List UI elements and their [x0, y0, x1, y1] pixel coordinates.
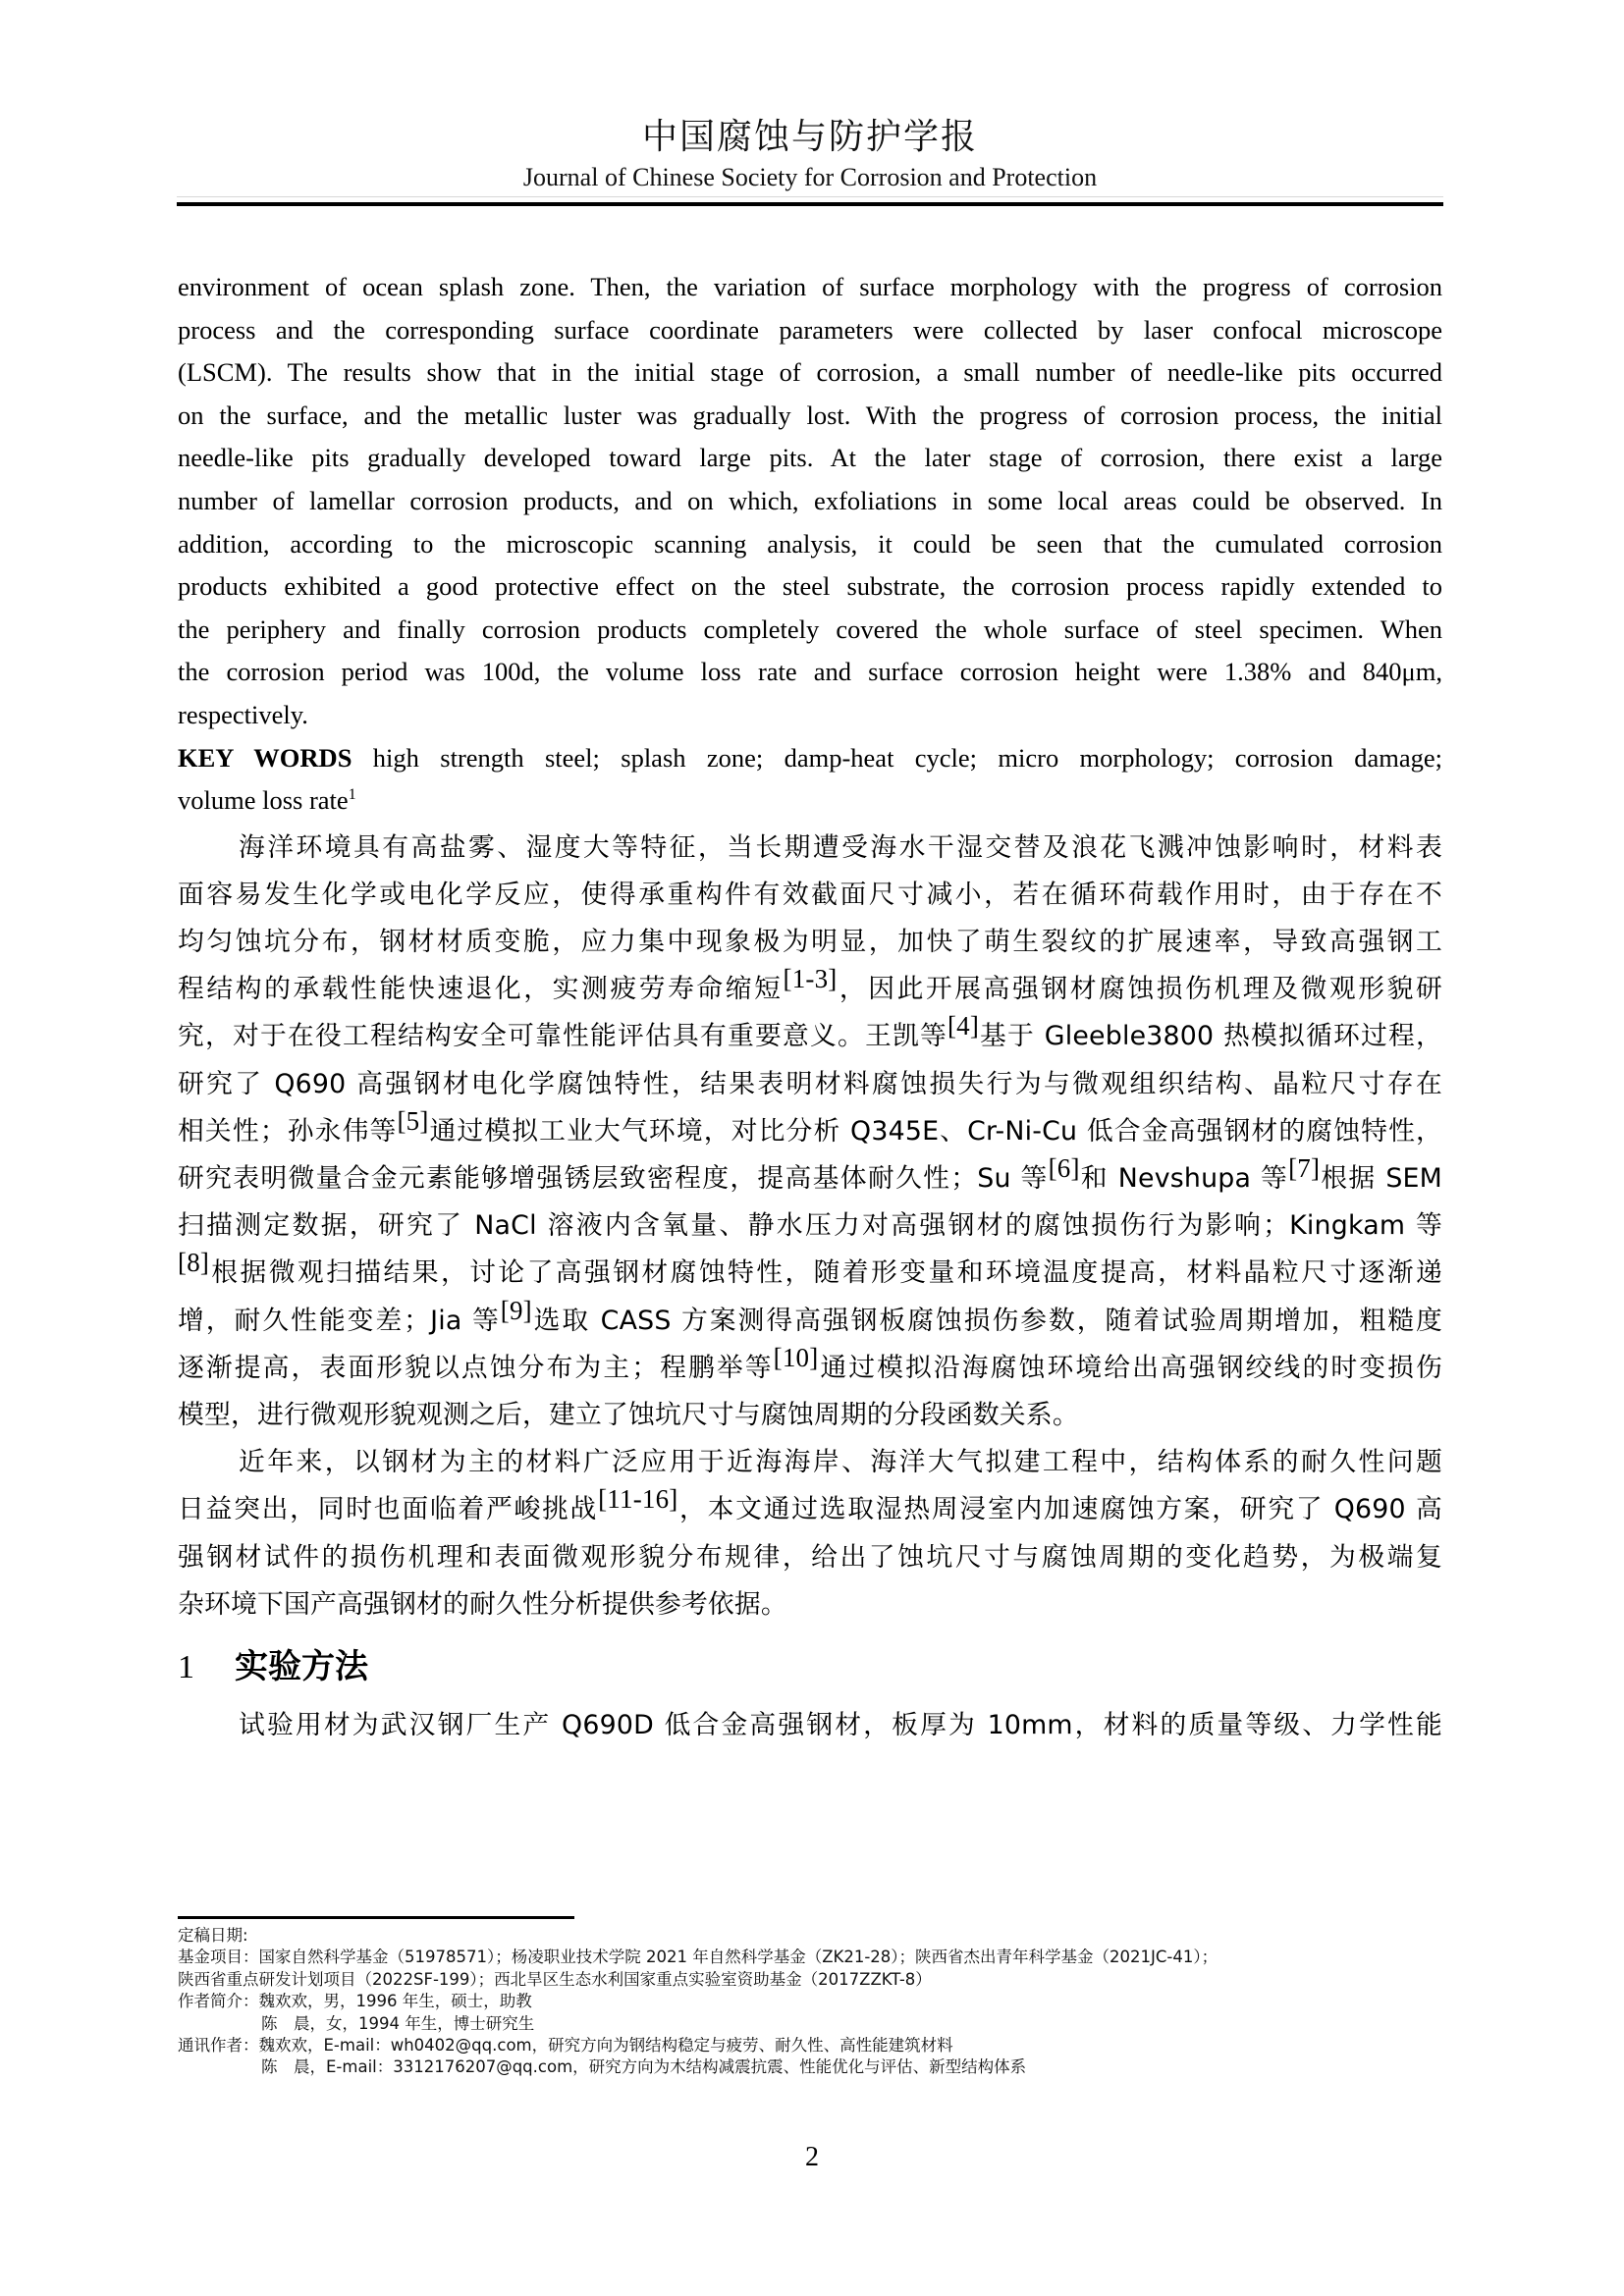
citation[interactable]: [7]: [1288, 1153, 1320, 1183]
section-title: 实验方法: [235, 1647, 368, 1686]
citation[interactable]: [11-16]: [598, 1484, 677, 1514]
text-line: 研究了 Q690 高强钢材电化学腐蚀特性，结果表明材料腐蚀损失行为与微观组织结构…: [178, 1061, 1442, 1108]
text-line: 增，耐久性能变差；Jia 等[9]选取 CASS 方案测得高强钢板腐蚀损伤参数，…: [178, 1298, 1442, 1345]
page-number: 2: [0, 2142, 1624, 2173]
keywords-line: volume loss rate1: [178, 779, 1442, 823]
citation[interactable]: [5]: [397, 1106, 428, 1136]
citation[interactable]: [4]: [947, 1012, 979, 1041]
citation[interactable]: [10]: [774, 1343, 819, 1372]
footnote-marker[interactable]: 1: [349, 786, 356, 803]
text-line: 研究表明微量合金元素能够增强锈层致密程度，提高基体耐久性；Su 等[6]和 Ne…: [178, 1155, 1442, 1202]
journal-header: 中国腐蚀与防护学报 Journal of Chinese Society for…: [177, 116, 1443, 194]
corresponding-author: 通讯作者：魏欢欢，E-mail：wh0402@qq.com，研究方向为钢结构稳定…: [178, 2035, 1454, 2056]
abstract-line: the periphery and finally corrosion prod…: [178, 609, 1442, 652]
journal-title-en: Journal of Chinese Society for Corrosion…: [177, 161, 1443, 194]
citation[interactable]: [1-3]: [784, 964, 838, 993]
author-intro: 陈 晨，女，1994 年生，博士研究生: [178, 2013, 1454, 2035]
keywords-label: KEY WORDS: [178, 743, 352, 773]
text-line: 均匀蚀坑分布，钢材材质变脆，应力集中现象极为明显，加快了萌生裂纹的扩展速率，导致…: [178, 919, 1442, 966]
text-line: 究，对于在役工程结构安全可靠性能评估具有重要意义。王凯等[4]基于 Gleebl…: [178, 1013, 1442, 1060]
keywords-line: KEY WORDS high strength steel; splash zo…: [178, 737, 1442, 780]
abstract-line: needle-like pits gradually developed tow…: [178, 437, 1442, 480]
journal-title-cn: 中国腐蚀与防护学报: [177, 116, 1443, 159]
text-line: 强钢材试件的损伤机理和表面微观形貌分布规律，给出了蚀坑尺寸与腐蚀周期的变化趋势，…: [178, 1534, 1442, 1581]
abstract-line: environment of ocean splash zone. Then, …: [178, 266, 1442, 309]
text-line: 杂环境下国产高强钢材的耐久性分析提供参考依据。: [178, 1581, 1442, 1629]
abstract-line: number of lamellar corrosion products, a…: [178, 480, 1442, 523]
abstract-en: environment of ocean splash zone. Then, …: [178, 266, 1442, 823]
text-line: 面容易发生化学或电化学反应，使得承重构件有效截面尺寸减小，若在循环荷载作用时，由…: [178, 872, 1442, 919]
abstract-line: products exhibited a good protective eff…: [178, 565, 1442, 609]
paper-page: 中国腐蚀与防护学报 Journal of Chinese Society for…: [0, 0, 1624, 2296]
text-line: 相关性；孙永伟等[5]通过模拟工业大气环境，对比分析 Q345E、Cr-Ni-C…: [178, 1108, 1442, 1155]
intro-paragraph-1: 海洋环境具有高盐雾、湿度大等特征，当长期遭受海水干湿交替及浪花飞溅冲蚀影响时，材…: [178, 825, 1442, 1439]
corresponding-author: 陈 晨，E-mail：3312176207@qq.com，研究方向为木结构减震抗…: [178, 2056, 1454, 2078]
funding-line: 基金项目：国家自然科学基金（51978571）；杨凌职业技术学院 2021 年自…: [178, 1947, 1454, 1968]
citation[interactable]: [6]: [1049, 1153, 1080, 1183]
text-line: 模型，进行微观形貌观测之后，建立了蚀坑尺寸与腐蚀周期的分段函数关系。: [178, 1392, 1442, 1439]
received-date: 定稿日期:: [178, 1925, 1454, 1947]
text-line: 扫描测定数据，研究了 NaCl 溶液内含氧量、静水压力对高强钢材的腐蚀损伤行为影…: [178, 1202, 1442, 1250]
abstract-line: respectively.: [178, 694, 1442, 737]
text-line: [8]根据微观扫描结果，讨论了高强钢材腐蚀特性，随着形变量和环境温度提高，材料晶…: [178, 1250, 1442, 1297]
text-line: 逐渐提高，表面形貌以点蚀分布为主；程鹏举等[10]通过模拟沿海腐蚀环境给出高强钢…: [178, 1345, 1442, 1392]
text-line: 近年来，以钢材为主的材料广泛应用于近海海岸、海洋大气拟建工程中，结构体系的耐久性…: [178, 1439, 1442, 1486]
abstract-line: process and the corresponding surface co…: [178, 309, 1442, 352]
author-intro: 作者简介：魏欢欢，男，1996 年生，硕士，助教: [178, 1991, 1454, 2012]
abstract-line: on the surface, and the metallic luster …: [178, 395, 1442, 438]
text-line: 日益突出，同时也面临着严峻挑战[11-16]，本文通过选取湿热周浸室内加速腐蚀方…: [178, 1486, 1442, 1533]
footnote-rule: [178, 1916, 574, 1919]
intro-paragraph-2: 近年来，以钢材为主的材料广泛应用于近海海岸、海洋大气拟建工程中，结构体系的耐久性…: [178, 1439, 1442, 1629]
abstract-line: addition, according to the microscopic s…: [178, 523, 1442, 566]
citation[interactable]: [8]: [178, 1248, 209, 1277]
header-thin-rule: [177, 196, 1443, 197]
header-rule: [177, 202, 1443, 206]
keywords-text: volume loss rate: [178, 785, 349, 815]
body-text: environment of ocean splash zone. Then, …: [178, 266, 1442, 1749]
text-line: 海洋环境具有高盐雾、湿度大等特征，当长期遭受海水干湿交替及浪花飞溅冲蚀影响时，材…: [178, 825, 1442, 872]
section-heading: 1实验方法: [178, 1642, 1442, 1692]
footnotes: 定稿日期: 基金项目：国家自然科学基金（51978571）；杨凌职业技术学院 2…: [178, 1925, 1454, 2079]
funding-line: 陕西省重点研发计划项目（2022SF-199）；西北旱区生态水利国家重点实验室资…: [178, 1969, 1454, 1991]
text-line: 试验用材为武汉钢厂生产 Q690D 低合金高强钢材，板厚为 10mm，材料的质量…: [178, 1702, 1442, 1749]
citation[interactable]: [9]: [501, 1296, 532, 1325]
keywords-text: high strength steel; splash zone; damp-h…: [352, 743, 1442, 773]
abstract-line: (LSCM). The results show that in the ini…: [178, 351, 1442, 395]
section-number: 1: [178, 1643, 235, 1692]
abstract-line: the corrosion period was 100d, the volum…: [178, 651, 1442, 694]
text-line: 程结构的承载性能快速退化，实测疲劳寿命缩短[1-3]，因此开展高强钢材腐蚀损伤机…: [178, 966, 1442, 1013]
